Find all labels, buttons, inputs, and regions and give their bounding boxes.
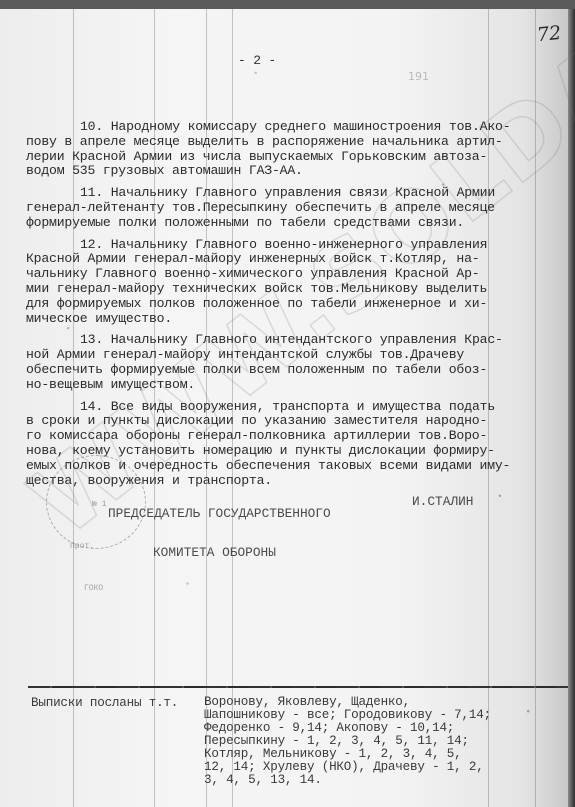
signatory-name: И.СТАЛИН [412, 494, 473, 509]
paragraph-line: мии генерал-майору технических войск тов… [26, 282, 510, 297]
paragraph-line: 12. Начальнику Главного военно-инженерно… [26, 238, 510, 253]
distribution-list: Воронову, Яковлеву, Щаденко,Шапошникову … [204, 696, 491, 787]
distribution-line: 3, 4, 5, 13, 14. [204, 774, 491, 787]
paragraph-line: 11. Начальнику Главного управления связи… [26, 186, 510, 201]
paragraph-line: но-вещевым имуществом. [26, 378, 510, 393]
paragraph-10: 10. Народному комиссару среднего машинос… [26, 120, 510, 179]
stamp-fragment-goko: ГОКО [70, 582, 106, 596]
scanned-document: - 2 - 72 191 WWW.SOLDAT.RU 10. Народному… [0, 0, 575, 807]
paragraph-line: Красной Армии генерал-майору инженерных … [26, 252, 510, 267]
paragraph-line: мическое имущество. [26, 312, 510, 327]
section-divider [28, 686, 568, 688]
signature-title-line-2: КОМИТЕТА ОБОРОНЫ [108, 546, 331, 559]
paragraph-line: обеспечить формируемые полки всем положе… [26, 363, 510, 378]
paragraph-line: водом 535 грузовых автомашин ГАЗ-АА. [26, 164, 510, 179]
paragraph-13: 13. Начальнику Главного интендантского у… [26, 333, 510, 392]
paragraph-line: чальнику Главного военно-химического упр… [26, 267, 510, 282]
pencil-margin-note: 191 [408, 70, 429, 83]
stamp-fragment-protocol: Прот. [70, 540, 106, 554]
paragraph-line: в сроки и пункты дислокации по указанию … [26, 414, 510, 429]
paragraph-line: 14. Все виды вооружения, транспорта и им… [26, 400, 510, 415]
paragraph-line: го комиссара обороны генерал-полковника … [26, 429, 510, 444]
paragraph-12: 12. Начальнику Главного военно-инженерно… [26, 238, 510, 327]
paragraph-line: 13. Начальнику Главного интендантского у… [26, 333, 510, 348]
paragraph-line: для формируемых полков положенное по таб… [26, 297, 510, 312]
paragraph-line: лерии Красной Армии из числа выпускаемых… [26, 150, 510, 165]
distribution-label: Выписки посланы т.т. [31, 696, 178, 710]
archive-sheet-number: 72 [536, 22, 562, 46]
paragraph-line: ной Армии генерал-майору интендантской с… [26, 348, 510, 363]
paragraph-line: 10. Народному комиссару среднего машинос… [26, 120, 510, 135]
scan-top-border [0, 0, 575, 9]
stamp-text: № 1 Прот. ГОКО [70, 470, 106, 624]
paragraph-11: 11. Начальнику Главного управления связи… [26, 186, 510, 230]
document-body: 10. Народному комиссару среднего машинос… [26, 120, 510, 488]
signature-title-line-1: ПРЕДСЕДАТЕЛЬ ГОСУДАРСТВЕННОГО [108, 507, 331, 520]
paragraph-line: генерал-лейтенанту тов.Пересыпкину обесп… [26, 201, 510, 216]
signature-title: ПРЕДСЕДАТЕЛЬ ГОСУДАРСТВЕННОГО КОМИТЕТА О… [108, 481, 331, 585]
paragraph-line: формируемые полки положенными по табели … [26, 216, 510, 231]
stamp-fragment-number: № 1 [70, 498, 106, 512]
page-number: - 2 - [238, 53, 276, 68]
paragraph-line: пову в апреле месяце выделить в распоряж… [26, 135, 510, 150]
scan-right-edge [568, 9, 575, 807]
